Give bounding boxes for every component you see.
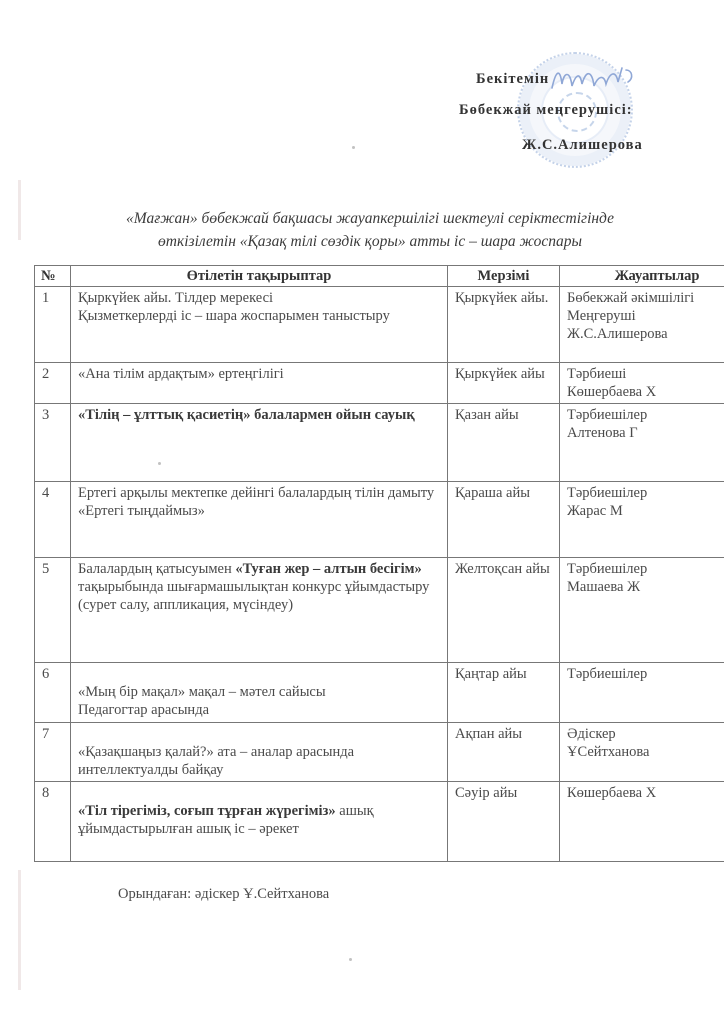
row-responsible: Тәрбиешілер Жарас М (560, 482, 724, 558)
topic-text: Ертегі арқылы мектепке дейінгі балаларды… (78, 485, 434, 519)
approval-label: Бекітемін (476, 71, 549, 88)
row-term: Ақпан айы (448, 723, 560, 782)
row-responsible: Тәрбиешілер Машаева Ж (560, 558, 724, 663)
header-term: Мерзімі (448, 266, 560, 287)
topic-text: «Қазақшаңыз қалай?» ата – аналар арасынд… (78, 744, 354, 778)
scan-streak (18, 870, 21, 990)
scan-speck (158, 462, 161, 465)
document-title: «Мағжан» бөбекжай бақшасы жауапкершілігі… (60, 207, 680, 253)
row-topic: «Ана тілім ардақтым» ертеңгілігі (71, 363, 448, 404)
row-responsible: Әдіскер ҰСейтханова (560, 723, 724, 782)
row-responsible: Көшербаева Х (560, 782, 724, 862)
row-responsible: Бөбекжай әкімшілігі Меңгеруші Ж.С.Алишер… (560, 287, 724, 363)
table-row: 6 «Мың бір мақал» мақал – мәтел сайысы П… (35, 663, 724, 723)
table-row: 8 «Тіл тірегіміз, соғып тұрған жүрегіміз… (35, 782, 724, 862)
topic-title: «Туған жер – алтын бесігім» (235, 561, 421, 577)
table-header-row: № Өтілетін тақырыптар Мерзімі Жауаптылар (35, 266, 724, 287)
plan-table: № Өтілетін тақырыптар Мерзімі Жауаптылар… (34, 265, 724, 862)
topic-title: «Тіл тірегіміз, соғып тұрған жүрегіміз» (78, 803, 336, 819)
row-term: Қыркүйек айы. (448, 287, 560, 363)
table-row: 1 Қыркүйек айы. Тілдер мерекесі Қызметке… (35, 287, 724, 363)
row-number: 3 (35, 404, 71, 482)
title-line-2: өткізілетін «Қазақ тілі сөздік қоры» атт… (60, 230, 680, 253)
signature (548, 64, 638, 94)
row-term: Желтоқсан айы (448, 558, 560, 663)
topic-text: «Ана тілім ардақтым» ертеңгілігі (78, 366, 284, 382)
scan-speck (352, 146, 355, 149)
row-responsible: Тәрбиеші Көшербаева Х (560, 363, 724, 404)
approval-name: Ж.С.Алишерова (522, 137, 643, 154)
table-row: 3«Тілің – ұлттық қасиетің» балалармен ой… (35, 404, 724, 482)
row-term: Қазан айы (448, 404, 560, 482)
row-topic: Ертегі арқылы мектепке дейінгі балаларды… (71, 482, 448, 558)
topic-text: Балалардың қатысуымен (78, 561, 235, 577)
topic-text: Қыркүйек айы. Тілдер мерекесі Қызметкерл… (78, 290, 390, 324)
signed-by: Орындаған: әдіскер Ұ.Сейтханова (118, 886, 329, 903)
row-topic: «Тілің – ұлттық қасиетің» балалармен ойы… (71, 404, 448, 482)
row-number: 8 (35, 782, 71, 862)
table-row: 5Балалардың қатысуымен «Туған жер – алты… (35, 558, 724, 663)
table-row: 7 «Қазақшаңыз қалай?» ата – аналар арасы… (35, 723, 724, 782)
row-topic: Қыркүйек айы. Тілдер мерекесі Қызметкерл… (71, 287, 448, 363)
title-line-1: «Мағжан» бөбекжай бақшасы жауапкершілігі… (60, 207, 680, 230)
scan-speck (349, 958, 352, 961)
row-topic: «Тіл тірегіміз, соғып тұрған жүрегіміз» … (71, 782, 448, 862)
header-responsible: Жауаптылар (560, 266, 724, 287)
topic-text: тақырыбында шығармашылықтан конкурс ұйым… (78, 579, 429, 613)
row-number: 2 (35, 363, 71, 404)
row-topic: «Қазақшаңыз қалай?» ата – аналар арасынд… (71, 723, 448, 782)
row-term: Қыркүйек айы (448, 363, 560, 404)
row-number: 6 (35, 663, 71, 723)
scan-streak (18, 180, 21, 240)
header-number: № (35, 266, 71, 287)
approval-position: Бөбекжай меңгерушісі: (459, 102, 633, 119)
row-topic: «Мың бір мақал» мақал – мәтел сайысы Пед… (71, 663, 448, 723)
table-row: 4Ертегі арқылы мектепке дейінгі балалард… (35, 482, 724, 558)
row-number: 5 (35, 558, 71, 663)
row-term: Қараша айы (448, 482, 560, 558)
row-topic: Балалардың қатысуымен «Туған жер – алтын… (71, 558, 448, 663)
row-term: Сәуір айы (448, 782, 560, 862)
table-row: 2 «Ана тілім ардақтым» ертеңгілігіҚыркүй… (35, 363, 724, 404)
topic-title: «Тілің – ұлттық қасиетің» балалармен ойы… (78, 407, 415, 423)
header-topics: Өтілетін тақырыптар (71, 266, 448, 287)
topic-text: «Мың бір мақал» мақал – мәтел сайысы Пед… (78, 684, 326, 718)
row-responsible: Тәрбиешілер Алтенова Г (560, 404, 724, 482)
row-responsible: Тәрбиешілер (560, 663, 724, 723)
row-number: 1 (35, 287, 71, 363)
row-term: Қаңтар айы (448, 663, 560, 723)
row-number: 4 (35, 482, 71, 558)
row-number: 7 (35, 723, 71, 782)
